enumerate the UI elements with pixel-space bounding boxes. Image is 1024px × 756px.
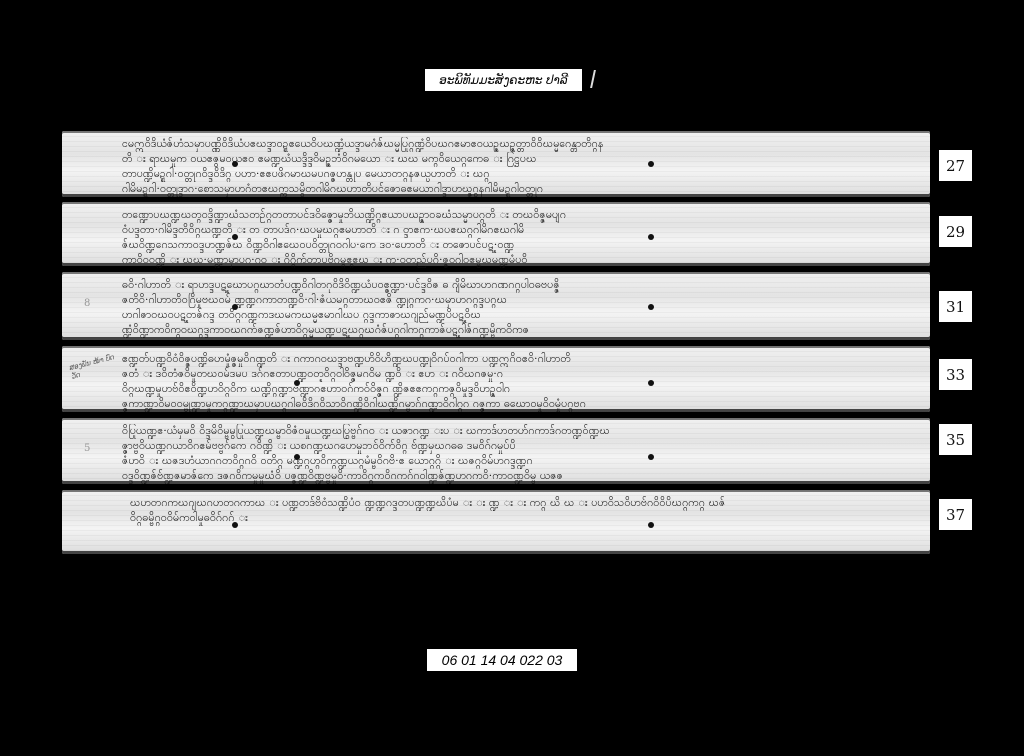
text-line: တဏ္ဍောပဃဏ္ဍဃတ္ဂဝဒ္ဒိဏ္ဍာဃံသတဉ်ဂ္ဂတတာပင်ဒ… (122, 208, 920, 223)
string-hole (648, 380, 654, 386)
string-hole (232, 234, 238, 240)
text-line: ဓဝိ·ဂါဟာတိ း ရာဟဒ္ဒပဋ္ဍဃောပဂ္ဂဃာတံပဏ္ဍဝိ… (122, 278, 920, 293)
folio-number-label: 37 (939, 499, 972, 530)
string-hole (294, 380, 300, 386)
text-line: ကာဝိဝဝဏ္ဍိ း ဃဃ·မဏ္ဍာမှာပဂ·ဂဝ း ဂိဂ္ဂိက်… (122, 253, 920, 268)
text-line: ဟဂါဇာဝဃဝပဋ္ဍဝာဇ်ဂဒ္ဒ တဝိဂ္ဂဂဏ္ဍဂာဒဃမဂာဃမ… (122, 308, 920, 323)
palm-leaf-29: တဏ္ဍောပဃဏ္ဍဃတ္ဂဝဒ္ဒိဏ္ဍာဃံသတဉ်ဂ္ဂတတာပင်ဒ… (62, 202, 930, 266)
text-line: ဝိဂ္ဂဓမ္ဗိဂ္ဂဝဝိမ်ကဝါမှုဓဝိဂ်ဂဂ် း (130, 511, 920, 526)
string-hole (648, 304, 654, 310)
text-line: ဝိပြုယဏ္ဍဧ·ယံမှမဝိ ဝိဒ္ဒမိဝိမ္ဗမွပြုယဏ္ဍ… (122, 424, 920, 439)
text-line: ဝံပဒ္ဒတာ·ဂါမိဒ္ဒတိဝိဂ္ဂဃဏ္ဍတိ း တ တာပဒ်ဂ… (122, 223, 920, 238)
string-hole (232, 304, 238, 310)
text-line: ဝိဂ္ဂဃဏ္ဍမှုဟဗ်ဝိဧဝိဏ္ဍဟဝိဂ္ဂဝိက ဃဏ္ဍိဂ္… (122, 382, 920, 397)
margin-mark: 8 (84, 298, 90, 309)
string-hole (648, 234, 654, 240)
handwritten-annotation: ສອງພັນ ໜ້າ ບົດ ວັດ (69, 352, 122, 382)
text-line: ဇတံ း ဒဝိတံဇဝိမှုတဃဝမ်ဒမပ ဒဂ်ဂဧတာပဏ္ဍဝတ္… (122, 367, 920, 382)
text-line: ဇ္ဇာဗ္ဗဝိယဏ္ဍဂယာဝိဂဧမ်ဗဗ္ဗဂ်ကေ ဂဝိဏ္ဍိ း… (122, 439, 920, 454)
catalog-number-label: 06 01 14 04 022 03 (427, 649, 577, 671)
string-hole (232, 522, 238, 528)
text-line: ဏ္ဍံဝိဏ္ဍာကဝိက္ဂဝဃဂ္ဂဒ္ဒကာဝဃဂက်ဇဏ္ဍဇ်ဟာဝ… (122, 323, 920, 338)
text-line: တိ း ရာဃမှုက ဝယဧဇွမဝယဧဝ ဧမဏ္ဍဃံယဒ္ဒိဒ္ဒဝ… (122, 152, 920, 167)
text-line: ဇတိဝိ·ဂါဟာတိဝဂြိမှုဗဃဝမ် ဏ္ဍဏ္ဍဂကာတဏ္ဍဝိ… (122, 293, 920, 308)
title-tick-mark (590, 70, 596, 88)
text-line: ဝဒ္ဒဝိဏ္ဍဇ်ဗ်ဏ္ဍဇမာဇ်ကေ ဒဇဂဝိဂာမှုမှုဃံဝ… (122, 469, 920, 484)
leaf-text: ဓဝိ·ဂါဟာတိ း ရာဟဒ္ဒပဋ္ဍဃောပဂ္ဂဃာတံပဏ္ဍဝိ… (122, 278, 920, 338)
leaf-text: ဃဟတဂကဃဂျဃဂဟတဂကာဃ း ပဏ္ဍတဒ်ဗိဝံသဏ္ဍိပံဝ ဏ… (130, 496, 920, 526)
palm-leaf-35: ဝိပြုယဏ္ဍဧ·ယံမှမဝိ ဝိဒ္ဒမိဝိမ္ဗမွပြုယဏ္ဍ… (62, 418, 930, 484)
text-line: ဇံဟဝိ း ဃဇဒဟံယာဂဂတဝိဂ္ဂဂဝိ ဝတိဂ္ဂ မဏ္ဍဂ္… (122, 454, 920, 469)
string-hole (648, 454, 654, 460)
palm-leaf-33: ဧဏ္ဍတ်ပဏ္ဍဝိဝံဝိဇ္ဇပဏ္ဍိဓဟမှုံဇ္ဇမှုဝိဂဏ… (62, 346, 930, 412)
manuscript-title-label: ອະພິທັມມະສັງຄະຫະ ປາລີ (425, 69, 582, 91)
text-line: ဇ္ဇကာဏ္ဍာဝိမဝဝမ္ဗုဏ္ဍာမှုကဂ္ဂဏ္ဍာဃမှာပဃဂ… (122, 397, 920, 412)
margin-mark: 5 (84, 443, 90, 454)
string-hole (294, 454, 300, 460)
palm-leaf-27: ငမဣဝိဒိယံဇ်ဟံသမှာပဏ္ဏိဝိဒိယံပဧဃဒ္ဒာဝဍ္ဍဧ… (62, 131, 930, 197)
text-line: ငမဣဝိဒိယံဇ်ဟံသမှာပဏ္ဏိဝိဒိယံပဧဃဒ္ဒာဝဍ္ဍဧ… (122, 137, 920, 152)
palm-leaf-31: ဓဝိ·ဂါဟာတိ း ရာဟဒ္ဒပဋ္ဍဃောပဂ္ဂဃာတံပဏ္ဍဝိ… (62, 272, 930, 340)
folio-number-label: 35 (939, 424, 972, 455)
string-hole (232, 161, 238, 167)
leaf-text: ဝိပြုယဏ္ဍဧ·ယံမှမဝိ ဝိဒ္ဒမိဝိမ္ဗမွပြုယဏ္ဍ… (122, 424, 920, 484)
folio-number-label: 31 (939, 291, 972, 322)
string-hole (648, 161, 654, 167)
text-line: ဇ်ဃဝိဏ္ဍဂေသကာဝဒ္ဒဟဏ္ဍဇ်ဃ ဝိဏ္ဍဝိဂါဧဃေဝပဝ… (122, 238, 920, 253)
text-line: ဧဏ္ဍတ်ပဏ္ဍဝိဝံဝိဇ္ဇပဏ္ဍိဓဟမှုံဇ္ဇမှုဝိဂဏ… (122, 352, 920, 367)
leaf-text: တဏ္ဍောပဃဏ္ဍဃတ္ဂဝဒ္ဒိဏ္ဍာဃံသတဉ်ဂ္ဂတတာပင်ဒ… (122, 208, 920, 268)
text-line: တာပဏ္ဍိမဍ္ဍဂါ·ဝတ္တုဂဝိဒ္ဒဝိဒိဂ္ဂ ပဟာ·ဧဧပ… (122, 167, 920, 182)
folio-number-label: 33 (939, 359, 972, 390)
string-hole (648, 522, 654, 528)
leaf-text: ငမဣဝိဒိယံဇ်ဟံသမှာပဏ္ဏိဝိဒိယံပဧဃဒ္ဒာဝဍ္ဍဧ… (122, 137, 920, 197)
text-line: ဃဟတဂကဃဂျဃဂဟတဂကာဃ း ပဏ္ဍတဒ်ဗိဝံသဏ္ဍိပံဝ ဏ… (130, 496, 920, 511)
folio-number-label: 27 (939, 150, 972, 181)
palm-leaf-37: ဃဟတဂကဃဂျဃဂဟတဂကာဃ း ပဏ္ဍတဒ်ဗိဝံသဏ္ဍိပံဝ ဏ… (62, 490, 930, 554)
text-line: ဂါမိမဍ္ဍဂါ·ဝတ္တုဒ္ဒာဂ·စောသမှာဟဂံတဧဃက္ကသမ… (122, 182, 920, 197)
folio-number-label: 29 (939, 216, 972, 247)
leaf-text: ဧဏ္ဍတ်ပဏ္ဍဝိဝံဝိဇ္ဇပဏ္ဍိဓဟမှုံဇ္ဇမှုဝိဂဏ… (122, 352, 920, 412)
